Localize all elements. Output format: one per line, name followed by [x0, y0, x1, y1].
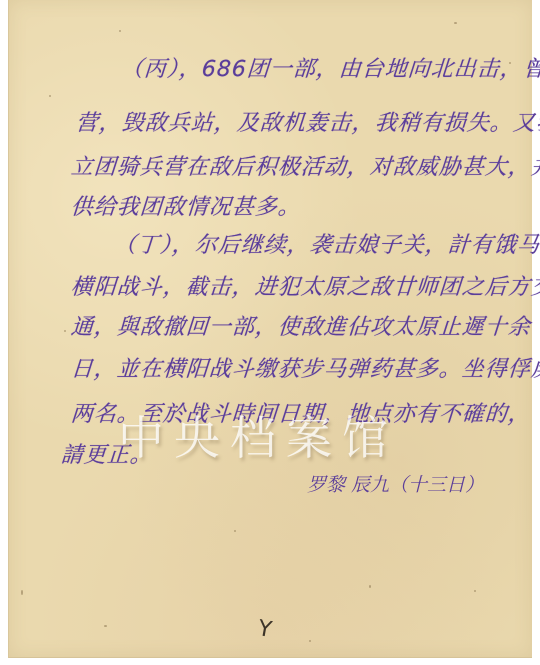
- page-mark: Y: [256, 616, 274, 643]
- text-line-5: （丁），尔后继续，袭击娘子关，計有饿马岭: [113, 228, 540, 259]
- paper-speck: [234, 530, 236, 532]
- paper-speck: [454, 22, 457, 24]
- paper-speck: [64, 330, 66, 332]
- paper-speck: [104, 625, 107, 627]
- paper-speck: [309, 640, 311, 642]
- paper-speck: [119, 30, 121, 32]
- paper-speck: [49, 95, 51, 97]
- document-page: （丙），686团一部，由台地向北出击，曾佔领大 营，毁敌兵站，及敌机轰击，我稍有…: [8, 0, 532, 658]
- signature-and-date: 罗黎 辰九（十三日）: [307, 470, 484, 497]
- text-line-6: 横阳战斗，截击，进犯太原之敌廿师团之后方交: [70, 270, 540, 301]
- text-line-2: 营，毁敌兵站，及敌机轰击，我稍有损失。又我独: [75, 106, 540, 137]
- text-line-3: 立团骑兵营在敌后积极活动，对敌威胁甚大，并: [70, 150, 540, 181]
- archive-watermark: 中央档案馆: [118, 402, 398, 468]
- paper-speck: [21, 590, 23, 595]
- text-line-7: 通，與敌撤回一部，使敌進佔攻太原止遲十余: [70, 310, 532, 341]
- text-line-1: （丙），686团一部，由台地向北出击，曾佔领大: [120, 52, 540, 83]
- text-line-8: 日，並在横阳战斗缴获步马弹药甚多。坐得俘虏: [70, 352, 540, 383]
- text-line-4: 供给我团敌情况甚多。: [70, 190, 302, 221]
- paper-speck: [474, 590, 476, 592]
- paper-speck: [369, 585, 371, 588]
